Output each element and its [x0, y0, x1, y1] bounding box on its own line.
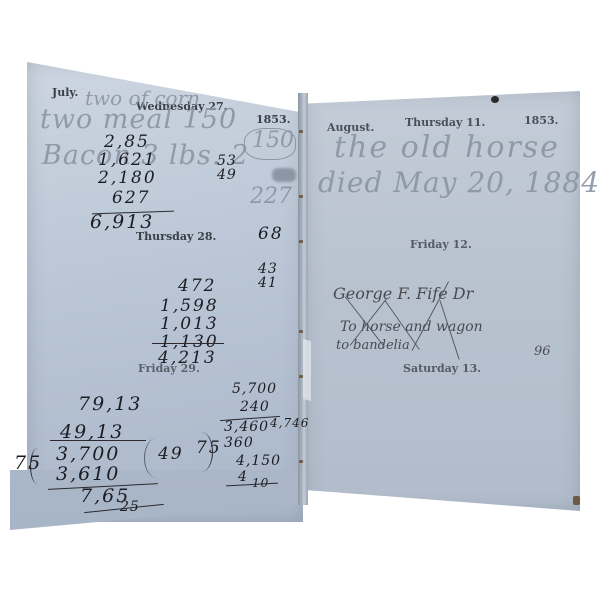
day-label-friday-29: Friday 29. [138, 362, 200, 375]
ink-figure: 5,700 [232, 382, 277, 396]
stitch-hole [299, 330, 303, 333]
open-diary: July. Wednesday 27. 1853. two of corn tw… [0, 0, 600, 600]
stitch-hole [299, 375, 303, 378]
month-label-july: July. [52, 86, 78, 99]
year-label-left: 1853. [256, 113, 290, 126]
pencil-smudge [272, 168, 296, 182]
ink-margin-figure: 68 [258, 226, 284, 243]
pencil-circled-value: 150 [252, 128, 294, 153]
ink-figure: 3,700 [56, 446, 120, 463]
ink-figure: 1,621 [98, 152, 157, 169]
ink-figure: 2,85 [104, 134, 150, 151]
ink-margin-figure: 4,746 [270, 416, 309, 430]
year-label-right: 1853. [524, 114, 558, 127]
ink-figure: 4 [238, 470, 248, 484]
ink-side-figure: 49 [217, 168, 237, 182]
stitch-hole [299, 130, 303, 133]
sum-rule [152, 343, 224, 344]
day-label-saturday-13: Saturday 13. [403, 362, 481, 375]
ink-margin-figure: 43 [258, 262, 278, 276]
bracketed-figure: 49 [158, 446, 184, 463]
division-rule [50, 440, 146, 441]
day-label-friday-12: Friday 12. [410, 238, 472, 251]
ink-figure: 3,460 [224, 420, 269, 434]
ink-figure: 2,180 [98, 170, 157, 187]
ink-figure: 472 [178, 278, 216, 295]
ink-figure: 3,610 [56, 466, 120, 483]
binding-tab [303, 339, 311, 401]
ink-side-figure: 53 [217, 154, 237, 168]
account-item: to bandelia [336, 338, 410, 353]
ink-figure: 4,150 [236, 454, 281, 468]
ink-figure: 627 [112, 190, 150, 207]
ink-figure: 1,598 [160, 298, 219, 315]
ink-figure: 10 [252, 476, 269, 490]
ink-fragment: 25 [120, 500, 140, 514]
ink-margin-figure: 41 [258, 276, 278, 290]
pencil-note-line-2: two meal 150 [40, 104, 237, 135]
stitch-hole [299, 460, 303, 463]
division-bracket [190, 432, 213, 472]
account-amount: 96 [534, 344, 551, 359]
corner-stain [573, 496, 580, 505]
account-item: To horse and wagon [340, 319, 483, 335]
ink-figure: 1,013 [160, 316, 219, 333]
division-bracket [30, 448, 45, 484]
book-spine [298, 93, 308, 505]
ink-figure: 240 [240, 400, 270, 414]
ink-total: 6,913 [90, 214, 154, 231]
ink-figure: 49,13 [60, 424, 124, 441]
ink-figure: 79,13 [78, 396, 142, 413]
ink-figure: 360 [224, 436, 254, 450]
day-label-thursday-11: Thursday 11. [405, 116, 485, 129]
pencil-note-line-1: the old horse [334, 130, 560, 165]
account-name: George F. Fife Dr [333, 284, 473, 303]
day-label-thursday-28: Thursday 28. [136, 230, 216, 243]
pencil-margin-value: 227 [250, 184, 292, 209]
stitch-hole [299, 195, 303, 198]
ink-blot [491, 96, 499, 103]
stitch-hole [299, 240, 303, 243]
pencil-note-line-2: died May 20, 1884 [318, 166, 600, 199]
